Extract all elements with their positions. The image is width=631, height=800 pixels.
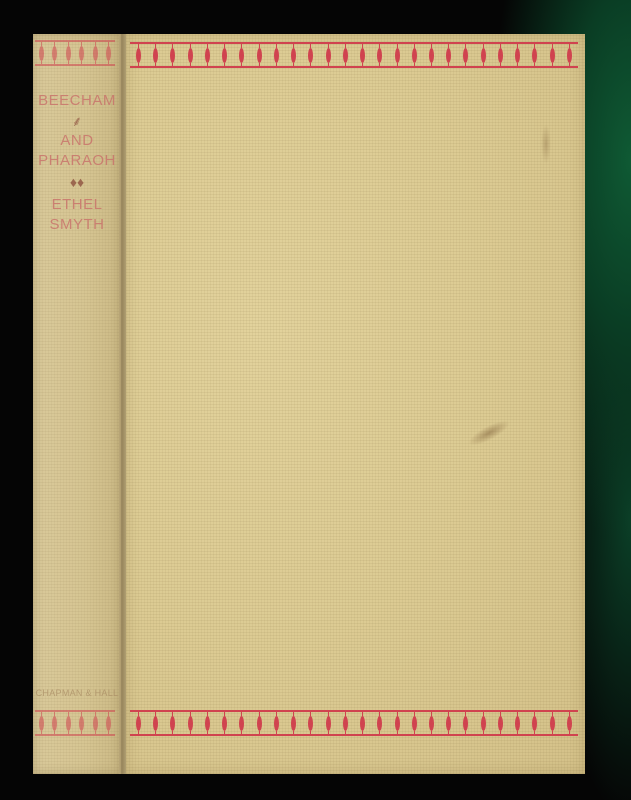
spine-diamond-ornament-icon: ♦♦: [33, 174, 121, 190]
spine-bottom-ornament-band: [35, 710, 115, 736]
cover-stain: [465, 416, 512, 450]
spine-author-line2: SMYTH: [33, 216, 121, 233]
spine-title-line3: PHARAOH: [33, 152, 121, 169]
book: BEECHAM ⸙ AND PHARAOH ♦♦ ETHEL SMYTH CHA…: [33, 34, 585, 774]
front-cover: [126, 34, 585, 774]
spine-title-line1: BEECHAM: [33, 92, 121, 109]
spine-title-line2: AND: [33, 132, 121, 149]
book-spine: BEECHAM ⸙ AND PHARAOH ♦♦ ETHEL SMYTH CHA…: [33, 34, 121, 774]
spine-ornament-icon: ⸙: [33, 112, 121, 131]
spine-author-line1: ETHEL: [33, 196, 121, 213]
cover-top-ornament-band: [130, 42, 578, 68]
spine-publisher: CHAPMAN & HALL: [35, 688, 119, 698]
cover-bottom-ornament-band: [130, 710, 578, 736]
spine-top-ornament-band: [35, 40, 115, 66]
cover-stain: [541, 124, 551, 164]
